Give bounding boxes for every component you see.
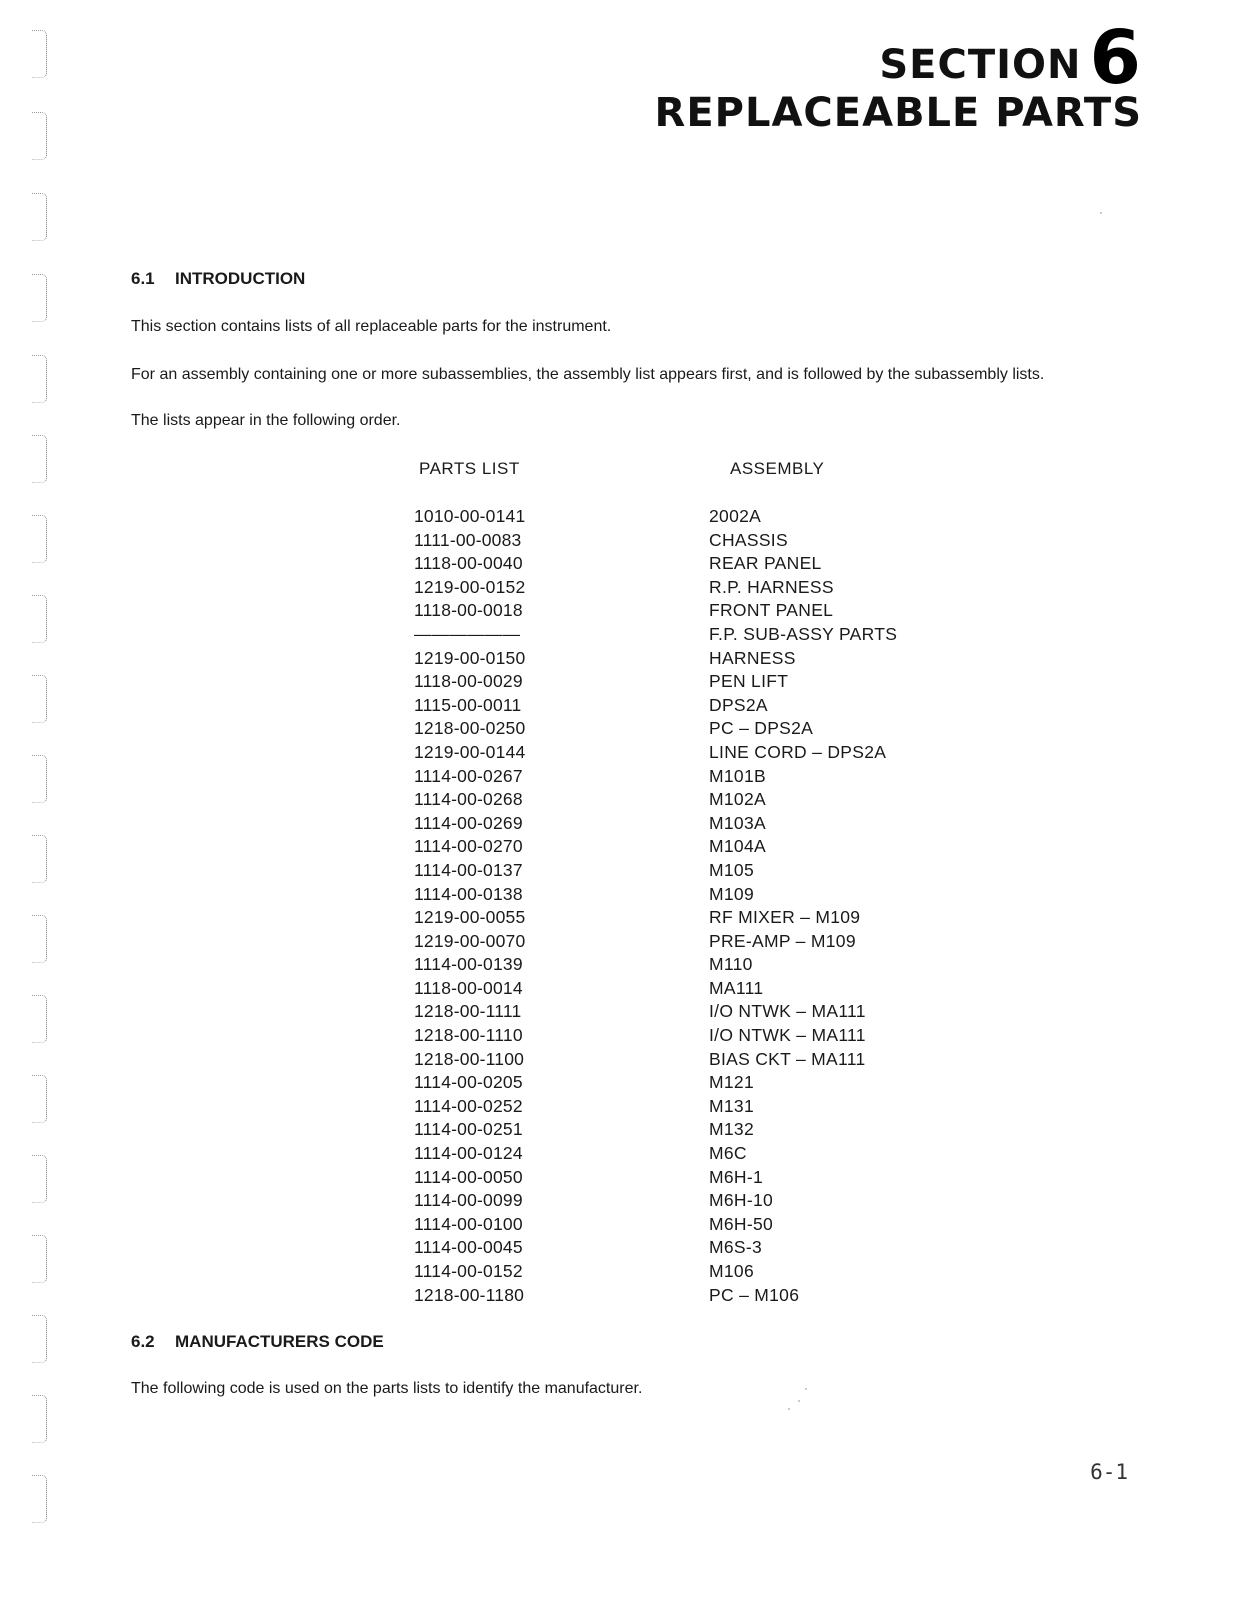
part-number-cell: 1218-00-1180 — [414, 1284, 709, 1308]
heading-title: MANUFACTURERS CODE — [175, 1332, 384, 1351]
binder-mark — [32, 835, 47, 883]
assembly-cell: M109 — [709, 883, 897, 907]
part-number-cell: 1111-00-0083 — [414, 529, 709, 553]
part-number-cell: 1219-00-0055 — [414, 906, 709, 930]
assembly-cell: M6C — [709, 1142, 897, 1166]
heading-title: INTRODUCTION — [175, 269, 305, 288]
part-number-cell: 1114-00-0268 — [414, 788, 709, 812]
assembly-cell: REAR PANEL — [709, 552, 897, 576]
table-row: 1118-00-0018FRONT PANEL — [414, 599, 897, 623]
assembly-cell: M104A — [709, 835, 897, 859]
binder-mark — [32, 515, 47, 563]
section-title: REPLACEABLE PARTS — [655, 90, 1142, 136]
table-row: 1114-00-0252M131 — [414, 1095, 897, 1119]
part-number-cell: 1114-00-0270 — [414, 835, 709, 859]
scan-speck — [788, 1408, 790, 1410]
binder-mark — [32, 30, 47, 78]
assembly-cell: DPS2A — [709, 694, 897, 718]
intro-paragraph: This section contains lists of all repla… — [131, 318, 611, 336]
binder-margin-marks — [32, 30, 50, 1530]
table-row: 1118-00-0014MA111 — [414, 977, 897, 1001]
binder-mark — [32, 112, 47, 160]
section-number: 6 — [1090, 28, 1143, 88]
table-row: 1111-00-0083CHASSIS — [414, 529, 897, 553]
table-row: 1118-00-0029PEN LIFT — [414, 670, 897, 694]
assembly-cell: HARNESS — [709, 647, 897, 671]
assembly-cell: RF MIXER – M109 — [709, 906, 897, 930]
assembly-cell: F.P. SUB-ASSY PARTS — [709, 623, 897, 647]
binder-mark — [32, 1395, 47, 1443]
assembly-cell: BIAS CKT – MA111 — [709, 1048, 897, 1072]
table-row: 1114-00-0124M6C — [414, 1142, 897, 1166]
assembly-cell: M6H-50 — [709, 1213, 897, 1237]
assembly-cell: 2002A — [709, 505, 897, 529]
table-row: 1114-00-0045M6S-3 — [414, 1236, 897, 1260]
part-number-cell: 1114-00-0267 — [414, 765, 709, 789]
binder-mark — [32, 755, 47, 803]
binder-mark — [32, 995, 47, 1043]
assembly-cell: LINE CORD – DPS2A — [709, 741, 897, 765]
part-number-cell: 1118-00-0018 — [414, 599, 709, 623]
assembly-cell: M6H-10 — [709, 1189, 897, 1213]
table-row: 1114-00-0269M103A — [414, 812, 897, 836]
assembly-cell: M106 — [709, 1260, 897, 1284]
binder-mark — [32, 915, 47, 963]
part-number-cell: 1218-00-1110 — [414, 1024, 709, 1048]
part-number-cell: 1118-00-0029 — [414, 670, 709, 694]
assembly-cell: M6S-3 — [709, 1236, 897, 1260]
part-number-cell: 1219-00-0070 — [414, 930, 709, 954]
assembly-cell: I/O NTWK – MA111 — [709, 1000, 897, 1024]
table-row: 1218-00-0250PC – DPS2A — [414, 717, 897, 741]
part-number-cell: 1118-00-0040 — [414, 552, 709, 576]
assembly-cell: M6H-1 — [709, 1166, 897, 1190]
binder-mark — [32, 1155, 47, 1203]
assembly-cell: M131 — [709, 1095, 897, 1119]
part-number-cell: 1218-00-1100 — [414, 1048, 709, 1072]
table-row: 1114-00-0152M106 — [414, 1260, 897, 1284]
binder-mark — [32, 193, 47, 241]
assembly-cell: I/O NTWK – MA111 — [709, 1024, 897, 1048]
part-number-cell: 1219-00-0144 — [414, 741, 709, 765]
table-row: 1114-00-0100M6H-50 — [414, 1213, 897, 1237]
part-number-cell: 1219-00-0150 — [414, 647, 709, 671]
table-row: 1114-00-0139M110 — [414, 953, 897, 977]
part-number-cell: 1115-00-0011 — [414, 694, 709, 718]
assembly-cell: CHASSIS — [709, 529, 897, 553]
part-number-cell: 1114-00-0100 — [414, 1213, 709, 1237]
table-row: 1218-00-1110I/O NTWK – MA111 — [414, 1024, 897, 1048]
assembly-cell: PC – DPS2A — [709, 717, 897, 741]
manufacturers-code-heading: 6.2MANUFACTURERS CODE — [131, 1332, 384, 1352]
part-number-cell: 1114-00-0252 — [414, 1095, 709, 1119]
table-row: 1114-00-0268M102A — [414, 788, 897, 812]
assembly-cell: M103A — [709, 812, 897, 836]
assembly-cell: M132 — [709, 1118, 897, 1142]
scan-speck — [805, 1388, 807, 1390]
assembly-cell: FRONT PANEL — [709, 599, 897, 623]
part-number-cell: 1114-00-0251 — [414, 1118, 709, 1142]
part-number-cell: 1114-00-0137 — [414, 859, 709, 883]
part-number-cell: 1114-00-0139 — [414, 953, 709, 977]
table-row: 1114-00-0270M104A — [414, 835, 897, 859]
binder-mark — [32, 1235, 47, 1283]
table-row: 1219-00-0070PRE-AMP – M109 — [414, 930, 897, 954]
part-number-cell: 1114-00-0152 — [414, 1260, 709, 1284]
table-row: 1219-00-0144LINE CORD – DPS2A — [414, 741, 897, 765]
part-number-cell: 1114-00-0138 — [414, 883, 709, 907]
part-number-cell: 1118-00-0014 — [414, 977, 709, 1001]
page-number: 6-1 — [1090, 1460, 1128, 1484]
part-number-cell: 1114-00-0205 — [414, 1071, 709, 1095]
binder-mark — [32, 435, 47, 483]
assembly-cell: M101B — [709, 765, 897, 789]
table-row: ——————F.P. SUB-ASSY PARTS — [414, 623, 897, 647]
part-number-cell: 1010-00-0141 — [414, 505, 709, 529]
assembly-cell: M121 — [709, 1071, 897, 1095]
table-row: 1218-00-1180PC – M106 — [414, 1284, 897, 1308]
table-row: 1219-00-0152R.P. HARNESS — [414, 576, 897, 600]
part-number-cell: 1218-00-0250 — [414, 717, 709, 741]
table-row: 1219-00-0150HARNESS — [414, 647, 897, 671]
assembly-cell: M105 — [709, 859, 897, 883]
table-row: 1114-00-0137M105 — [414, 859, 897, 883]
binder-mark — [32, 274, 47, 322]
binder-mark — [32, 355, 47, 403]
assembly-cell: M102A — [709, 788, 897, 812]
table-row: 1114-00-0138M109 — [414, 883, 897, 907]
assembly-cell: MA111 — [709, 977, 897, 1001]
part-number-cell: 1114-00-0124 — [414, 1142, 709, 1166]
column-header-parts-list: PARTS LIST — [419, 459, 520, 479]
table-row: 1114-00-0050M6H-1 — [414, 1166, 897, 1190]
scan-speck — [1100, 212, 1102, 214]
intro-paragraph: The lists appear in the following order. — [131, 412, 400, 430]
binder-mark — [32, 595, 47, 643]
table-row: 1115-00-0011DPS2A — [414, 694, 897, 718]
part-number-cell: 1219-00-0152 — [414, 576, 709, 600]
introduction-heading: 6.1INTRODUCTION — [131, 269, 305, 289]
parts-list-table: 1010-00-01412002A1111-00-0083CHASSIS1118… — [414, 505, 897, 1307]
table-row: 1218-00-1100BIAS CKT – MA111 — [414, 1048, 897, 1072]
intro-paragraph: For an assembly containing one or more s… — [131, 366, 1044, 384]
section-label: SECTION 6 — [655, 28, 1142, 88]
assembly-cell: M110 — [709, 953, 897, 977]
table-row: 1114-00-0205M121 — [414, 1071, 897, 1095]
binder-mark — [32, 1475, 47, 1523]
binder-mark — [32, 1315, 47, 1363]
binder-mark — [32, 1075, 47, 1123]
binder-mark — [32, 675, 47, 723]
manufacturers-code-paragraph: The following code is used on the parts … — [131, 1380, 642, 1398]
heading-number: 6.2 — [131, 1332, 175, 1352]
part-number-cell: 1114-00-0269 — [414, 812, 709, 836]
part-number-cell: 1218-00-1111 — [414, 1000, 709, 1024]
part-number-cell: 1114-00-0099 — [414, 1189, 709, 1213]
table-row: 1118-00-0040REAR PANEL — [414, 552, 897, 576]
section-title-block: SECTION 6 REPLACEABLE PARTS — [655, 28, 1142, 136]
scan-speck — [798, 1400, 800, 1402]
assembly-cell: PC – M106 — [709, 1284, 897, 1308]
assembly-cell: PRE-AMP – M109 — [709, 930, 897, 954]
column-header-assembly: ASSEMBLY — [730, 459, 824, 479]
part-number-cell: 1114-00-0050 — [414, 1166, 709, 1190]
heading-number: 6.1 — [131, 269, 175, 289]
table-row: 1219-00-0055RF MIXER – M109 — [414, 906, 897, 930]
assembly-cell: R.P. HARNESS — [709, 576, 897, 600]
section-word: SECTION — [879, 42, 1081, 88]
table-row: 1218-00-1111I/O NTWK – MA111 — [414, 1000, 897, 1024]
table-row: 1114-00-0267M101B — [414, 765, 897, 789]
table-row: 1010-00-01412002A — [414, 505, 897, 529]
part-number-cell: —————— — [414, 623, 709, 647]
part-number-cell: 1114-00-0045 — [414, 1236, 709, 1260]
assembly-cell: PEN LIFT — [709, 670, 897, 694]
table-row: 1114-00-0251M132 — [414, 1118, 897, 1142]
table-row: 1114-00-0099M6H-10 — [414, 1189, 897, 1213]
